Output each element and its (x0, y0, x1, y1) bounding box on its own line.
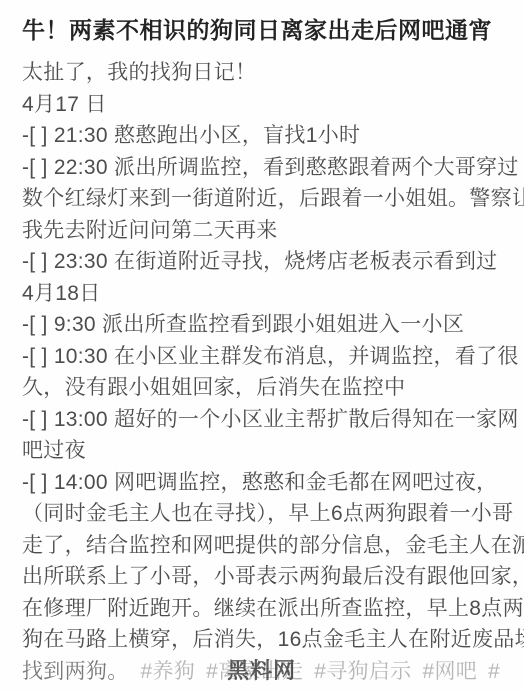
body-text-line: -[ ] 9:30 派出所查监控看到跟小姐姐进入一小区 (22, 309, 506, 341)
body-text-line: -[ ] 10:30 在小区业主群发布消息，并调监控，看了很 (22, 341, 506, 373)
hashtag-list: #养狗#离家出走#寻狗启示#网吧# (141, 660, 512, 683)
body-text-line: 狗在马路上横穿，后消失，16点金毛主人在附近废品场 (22, 624, 506, 656)
hashtag-link[interactable]: #养狗 (141, 660, 196, 683)
body-text-line: 太扯了，我的找狗日记！ (22, 57, 506, 89)
body-text-line: 我先去附近问问第二天再来 (22, 215, 506, 247)
post-note: 牛！两素不相识的狗同日离家出走后网吧通宵 太扯了，我的找狗日记！4月17 日-[… (0, 0, 524, 691)
body-text-line: 在修理厂附近跑开。继续在派出所查监控，早上8点两 (22, 593, 506, 625)
body-text-line: 吧过夜 (22, 435, 506, 467)
body-text-line: -[ ] 13:00 超好的一个小区业主帮扩散后得知在一家网 (22, 404, 506, 436)
body-text-line: （同时金毛主人也在寻找），早上6点两狗跟着一小哥 (22, 498, 506, 530)
body-text-line: 出所联系上了小哥，小哥表示两狗最后没有跟他回家， (22, 561, 506, 593)
hashtag-link[interactable]: # (488, 660, 500, 683)
body-text-line: 4月18日 (22, 278, 506, 310)
body-text-line: -[ ] 22:30 派出所调监控，看到憨憨跟着两个大哥穿过 (22, 152, 506, 184)
post-title: 牛！两素不相识的狗同日离家出走后网吧通宵 (22, 14, 506, 46)
body-text-line: 数个红绿灯来到一街道附近，后跟着一小姐姐。警察让 (22, 183, 506, 215)
hashtag-link[interactable]: #网吧 (422, 660, 477, 683)
last-line-text: 找到两狗。 (22, 660, 129, 683)
post-body-lines: 太扯了，我的找狗日记！4月17 日-[ ] 21:30 憨憨跑出小区，盲找1小时… (22, 57, 506, 656)
body-text-line: 走了，结合监控和网吧提供的部分信息，金毛主人在派 (22, 530, 506, 562)
body-text-line: 4月17 日 (22, 89, 506, 121)
post-body: 太扯了，我的找狗日记！4月17 日-[ ] 21:30 憨憨跑出小区，盲找1小时… (22, 57, 506, 687)
body-text-line: -[ ] 21:30 憨憨跑出小区，盲找1小时 (22, 120, 506, 152)
body-text-line: 久，没有跟小姐姐回家，后消失在监控中 (22, 372, 506, 404)
body-text-line: -[ ] 23:30 在街道附近寻找，烧烤店老板表示看到过 (22, 246, 506, 278)
watermark-text: 黑料网 (227, 654, 296, 685)
body-text-line: -[ ] 14:00 网吧调监控，憨憨和金毛都在网吧过夜， (22, 467, 506, 499)
hashtag-link[interactable]: #寻狗启示 (314, 660, 411, 683)
